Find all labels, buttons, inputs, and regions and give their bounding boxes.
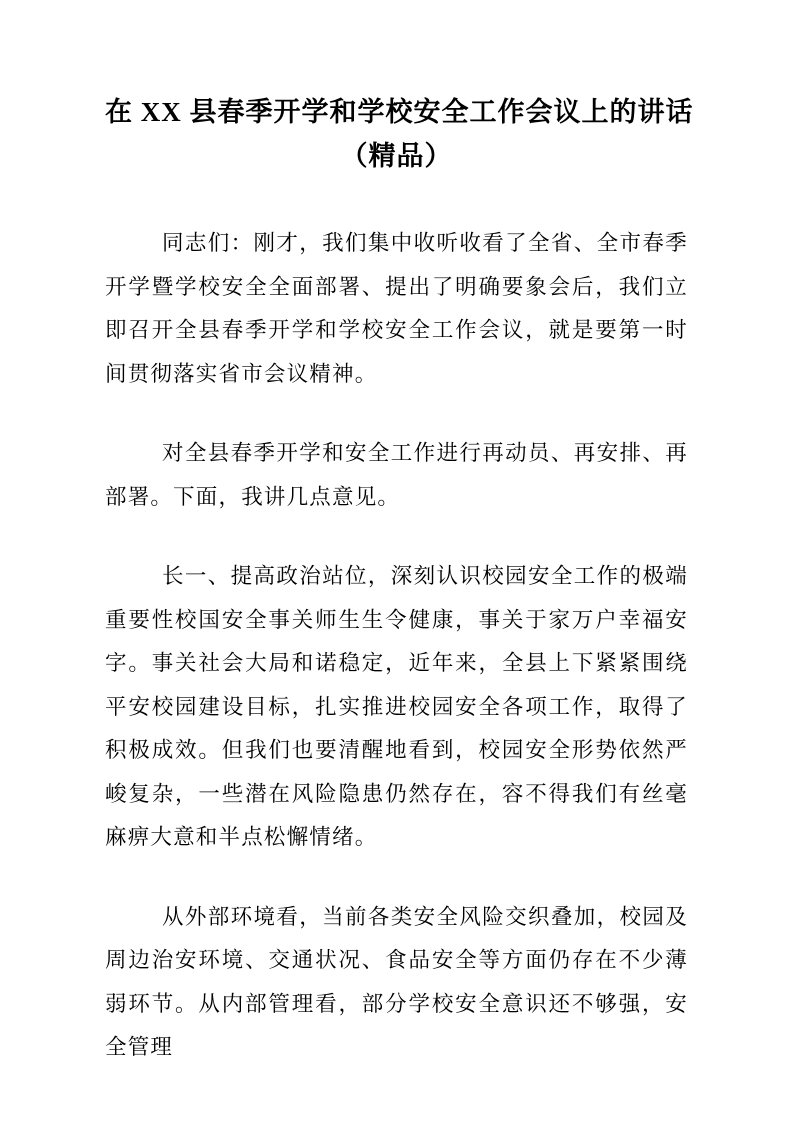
- title-line-2: （精品）: [105, 134, 688, 178]
- paragraph-greeting: 同志们：刚才，我们集中收听收看了全省、全市春季开学暨学校安全全面部署、提出了明确…: [105, 222, 688, 396]
- title-line-1: 在 XX 县春季开学和学校安全工作会议上的讲话: [105, 90, 688, 134]
- document-title: 在 XX 县春季开学和学校安全工作会议上的讲话 （精品）: [105, 90, 688, 178]
- paragraph-external-environment: 从外部环境看，当前各类安全风险交织叠加，校园及周边治安环境、交通状况、食品安全等…: [105, 896, 688, 1070]
- paragraph-political-position: 长一、提高政治站位，深刻认识校园安全工作的极端重要性校国安全事关师生生令健康，事…: [105, 555, 688, 860]
- document-page: 在 XX 县春季开学和学校安全工作会议上的讲话 （精品） 同志们：刚才，我们集中…: [0, 0, 793, 1122]
- paragraph-remobilize: 对全县春季开学和安全工作进行再动员、再安排、再部署。下面，我讲几点意见。: [105, 432, 688, 519]
